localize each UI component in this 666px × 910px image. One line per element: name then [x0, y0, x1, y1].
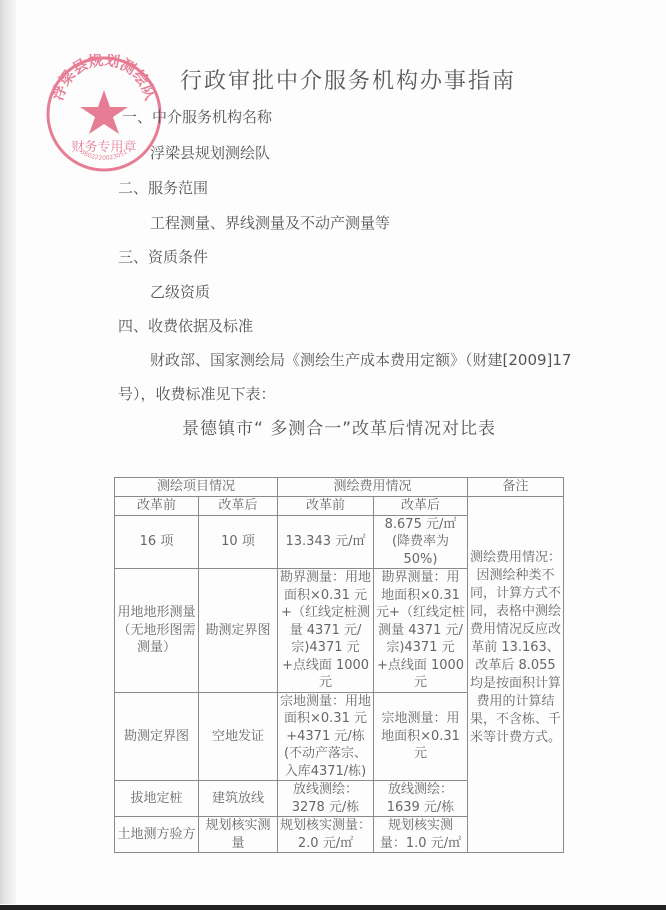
cell: 10 项 [199, 515, 278, 569]
cell: 勘测定界图 [199, 569, 278, 693]
header-project: 测绘项目情况 [115, 478, 278, 497]
section-2-content: 工程测量、界线测量及不动产测量等 [150, 212, 390, 233]
cell: 宗地测量：用地面积×0.31 元 [374, 692, 468, 781]
subheader-fee-before: 改革前 [278, 497, 374, 516]
cell: 勘界测量：用地面积×0.31 元+（红线定桩测量 4371 元/宗)4371 元… [374, 569, 468, 693]
cell: 放线测绘：1639 元/栋 [374, 781, 468, 817]
cell: 建筑放线 [199, 781, 278, 817]
seal-star-icon [80, 90, 128, 134]
section-3-heading: 三、资质条件 [118, 246, 208, 267]
cell: 16 项 [115, 515, 199, 569]
cell: 13.343 元/㎡ [278, 515, 374, 569]
subheader-project-after: 改革后 [199, 497, 278, 516]
header-remarks: 备注 [468, 478, 564, 497]
table-title: 景德镇市“ 多测合一”改革后情况对比表 [182, 414, 496, 439]
subheader-project-before: 改革前 [115, 497, 199, 516]
cell: 用地地形测量（无地形图需测量） [115, 569, 199, 693]
section-1-heading: 一、中介服务机构名称 [122, 106, 272, 127]
cell: 宗地测量：用地面积×0.31 元+4371 元/栋(不动产落宗、入库4371/栋… [278, 692, 374, 781]
cell: 规划核实测量：2.0 元/㎡ [278, 817, 374, 853]
section-4-content-line2: 号），收费标准见下表： [118, 383, 276, 404]
cell: 勘界测量：用地面积×0.31 元+（红线定桩测量 4371 元/宗)4371 元… [278, 569, 374, 693]
header-fee: 测绘费用情况 [278, 478, 468, 497]
section-4-heading: 四、收费依据及标准 [118, 315, 253, 336]
section-2-heading: 二、服务范围 [118, 177, 208, 198]
cell: 规划核实测量 [199, 817, 278, 853]
cell: 规划核实测量：1.0 元/㎡ [374, 817, 468, 853]
cell: 勘测定界图 [115, 692, 199, 781]
section-4-content-line1: 财政部、国家测绘局《测绘生产成本费用定额》（财建[2009]17 [150, 349, 571, 370]
table-sub-header-row: 改革前 改革后 改革前 改革后 测绘费用情况：因测绘种类不同，计算方式不同，表格… [115, 497, 564, 516]
section-3-content: 乙级资质 [150, 281, 210, 302]
remarks-note: 测绘费用情况：因测绘种类不同，计算方式不同，表格中测绘费用情况反应改革前 13.… [468, 497, 564, 853]
comparison-table: 测绘项目情况 测绘费用情况 备注 改革前 改革后 改革前 改革后 测绘费用情况：… [114, 477, 564, 853]
scanner-bottom-edge [0, 905, 666, 910]
section-1-content: 浮梁县规划测绘队 [150, 142, 270, 163]
cell: 8.675 元/㎡ (降费率为 50%) [374, 515, 468, 569]
cell: 放线测绘：3278 元/栋 [278, 781, 374, 817]
cell: 空地发证 [199, 692, 278, 781]
cell: 拔地定桩 [115, 781, 199, 817]
cell: 土地测方验方 [115, 817, 199, 853]
subheader-fee-after: 改革后 [374, 497, 468, 516]
table-group-header-row: 测绘项目情况 测绘费用情况 备注 [115, 478, 564, 497]
document-title: 行政审批中介服务机构办事指南 [180, 64, 516, 95]
scanner-edge-strip [0, 0, 16, 904]
